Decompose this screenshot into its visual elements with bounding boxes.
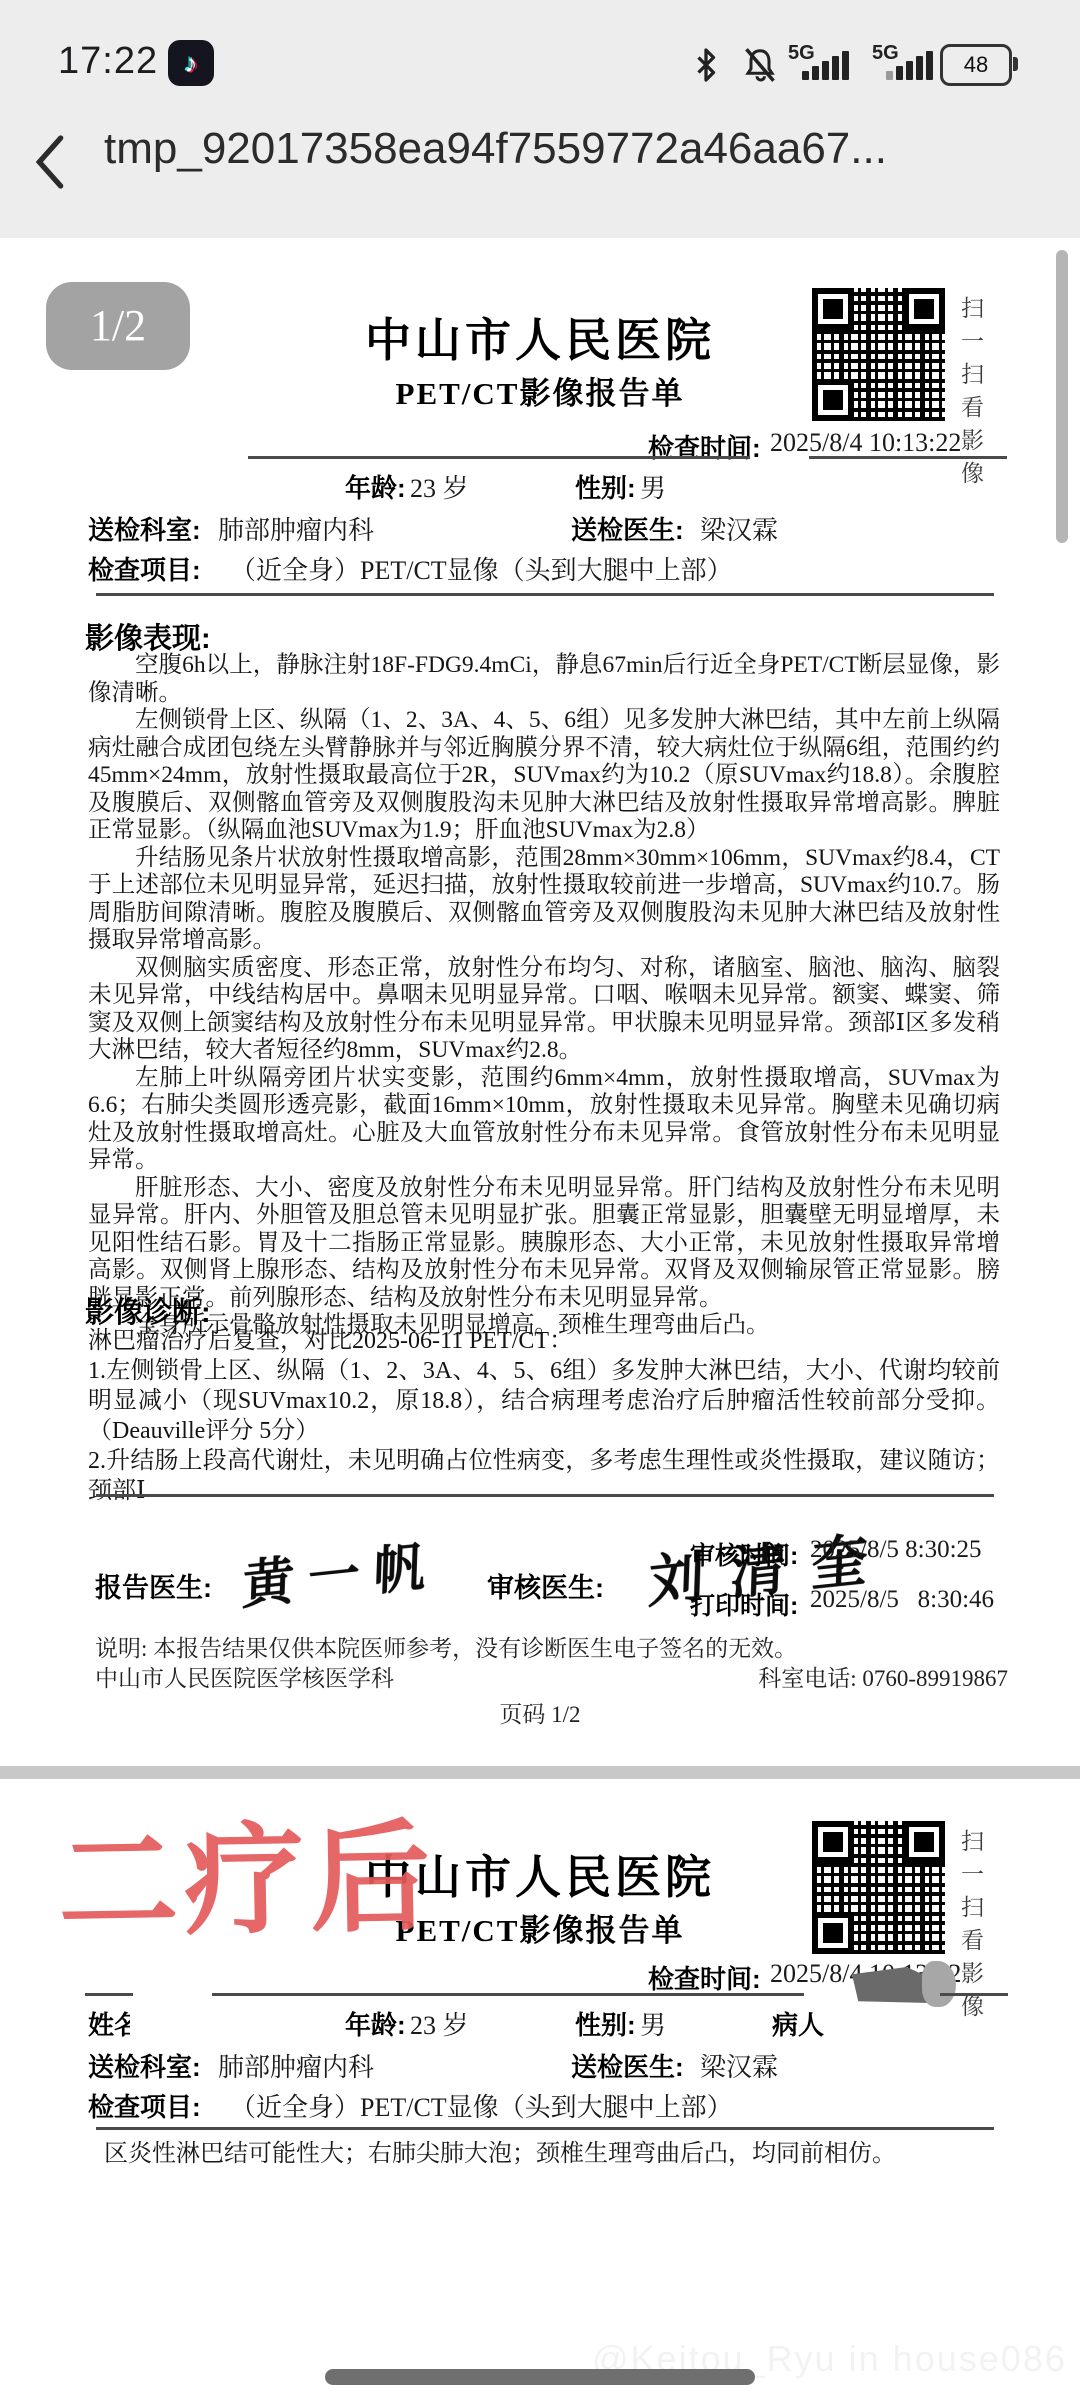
exam-item-value: （近全身）PET/CT显像（头到大腿中上部） [230,550,733,587]
gray-smudge [922,1961,956,2007]
review-time-label: 审核时间: [690,1536,798,1572]
department-phone: 科室电话: 0760-89919867 [700,1660,1008,1693]
report-doctor-signature: 黄一帆 [241,1522,441,1618]
divider [96,593,994,596]
page-separator [0,1766,1080,1779]
diagnosis-intro: 淋巴瘤治疗后复查，对比2025-06-11 PET/CT： [88,1326,1000,1356]
diagnosis-body: 淋巴瘤治疗后复查，对比2025-06-11 PET/CT： 1.左侧锁骨上区、纵… [88,1326,1000,1506]
signal-bars [886,50,942,80]
disclaimer-note: 说明: 本报告结果仅供本院医师参考，没有诊断医生电子签名的无效。 [95,1630,797,1663]
patient-label: 病人 [772,2005,834,2042]
divider [940,1993,1008,1996]
department-value: 肺部肿瘤内科 [218,2047,374,2084]
gender-value: 男 [640,2005,666,2042]
report-page-1: 1/2 中山市人民医院 PET/CT影像报告单 扫一扫看影像 检查时间: 202… [0,238,1080,1766]
bluetooth-icon [694,48,718,87]
screen: 17:22 ♪ 5G 5G 48 tmp_92017358ea94f755977… [0,0,1080,2400]
continued-diagnosis-text: 区炎性淋巴结可能性大；右肺尖肺大泡；颈椎生理弯曲后凸，均同前相仿。 [104,2139,1004,2169]
diagnosis-item: 2.升结肠上段高代谢灶，未见明确占位性病变，多考虑生理性或炎性摄取，建议随访；颈… [88,1446,1000,1506]
report-page-2: 二疗后 中山市人民医院 PET/CT影像报告单 扫一扫看影像 检查时间: 202… [0,1779,1080,2400]
back-button[interactable] [26,130,74,194]
gender-label: 性别: [575,468,636,505]
clock: 17:22 [58,40,158,83]
gender-value: 男 [640,468,666,505]
battery-indicator: 48 [940,44,1012,86]
age-label: 年龄: [345,468,406,505]
red-annotation-stamp: 二疗后 [57,1782,438,1961]
divider [96,1494,994,1497]
ref-doctor-label: 送检医生: [571,2047,684,2084]
report-doctor-label: 报告医生: [95,1566,212,1605]
divider [809,456,1007,459]
findings-paragraph: 双侧脑实质密度、形态正常，放射性分布均匀、对称，诸脑室、脑池、脑沟、脑裂未见异常… [88,955,1000,1065]
gender-label: 性别: [575,2005,636,2042]
findings-paragraph: 左肺上叶纵隔旁团片状实变影，范围约6mm×4mm，放射性摄取增高，SUVmax为… [88,1065,1000,1175]
name-label: 姓名 [88,2005,130,2042]
qr-code [812,288,945,421]
findings-paragraph: 空腹6h以上，静脉注射18F-FDG9.4mCi，静息67min后行近全身PET… [88,652,1000,707]
review-doctor-label: 审核医生: [487,1566,604,1605]
print-time-value: 2025/8/5 8:30:46 [810,1586,994,1614]
page-number-footer: 页码 1/2 [0,1696,1080,1729]
department-label: 送检科室: [88,510,201,547]
print-time-label: 打印时间: [690,1586,798,1622]
qr-caption: 扫一扫看影像 [954,296,987,494]
exam-item-label: 检查项目: [88,550,201,587]
findings-paragraph: 左侧锁骨上区、纵隔（1、2、3A、4、5、6组）见多发肿大淋巴结，其中左前上纵隔… [88,707,1000,845]
home-indicator[interactable] [325,2369,755,2385]
department-footer: 中山市人民医院医学核医学科 [95,1660,394,1693]
navigation-bar: tmp_92017358ea94f7559772a46aa67... [0,110,1080,238]
exam-time-value: 2025/8/4 10:13:22 [770,428,961,458]
qr-code [812,1821,945,1954]
ref-doctor-value: 梁汉霖 [700,2047,778,2084]
divider [96,2127,994,2130]
age-value: 23 岁 [410,2005,469,2042]
status-bar: 17:22 ♪ 5G 5G 48 [0,0,1080,110]
findings-heading: 影像表现: [85,616,211,657]
signal-bars [802,50,858,80]
document-filename-title: tmp_92017358ea94f7559772a46aa67... [104,124,1034,174]
exam-item-value: （近全身）PET/CT显像（头到大腿中上部） [230,2087,733,2124]
qr-caption: 扫一扫看影像 [954,1829,987,2027]
exam-time-label: 检查时间: [648,1959,761,1996]
diagnosis-item: 1.左侧锁骨上区、纵隔（1、2、3A、4、5、6组）多发肿大淋巴结，大小、代谢均… [88,1356,1000,1446]
exam-item-label: 检查项目: [88,2087,201,2124]
ref-doctor-label: 送检医生: [571,510,684,547]
department-value: 肺部肿瘤内科 [218,510,374,547]
findings-body: 空腹6h以上，静脉注射18F-FDG9.4mCi，静息67min后行近全身PET… [88,652,1000,1340]
age-label: 年龄: [345,2005,406,2042]
department-label: 送检科室: [88,2047,201,2084]
ref-doctor-value: 梁汉霖 [700,510,778,547]
tiktok-notification-icon: ♪ [168,40,214,86]
exam-time-label: 检查时间: [648,428,761,465]
review-time-value: 2025/8/5 8:30:25 [810,1536,982,1564]
divider [248,456,750,459]
age-value: 23 岁 [410,468,469,505]
diagnosis-heading: 影像诊断: [85,1290,211,1331]
scrollbar-thumb[interactable] [1056,250,1068,543]
findings-paragraph: 升结肠见条片状放射性摄取增高影，范围28mm×30mm×106mm，SUVmax… [88,845,1000,955]
divider [85,1993,133,1996]
findings-paragraph: 肝脏形态、大小、密度及放射性分布未见明显异常。肝门结构及放射性分布未见明显异常。… [88,1175,1000,1313]
notification-muted-icon [742,46,778,89]
divider [212,1993,804,1996]
